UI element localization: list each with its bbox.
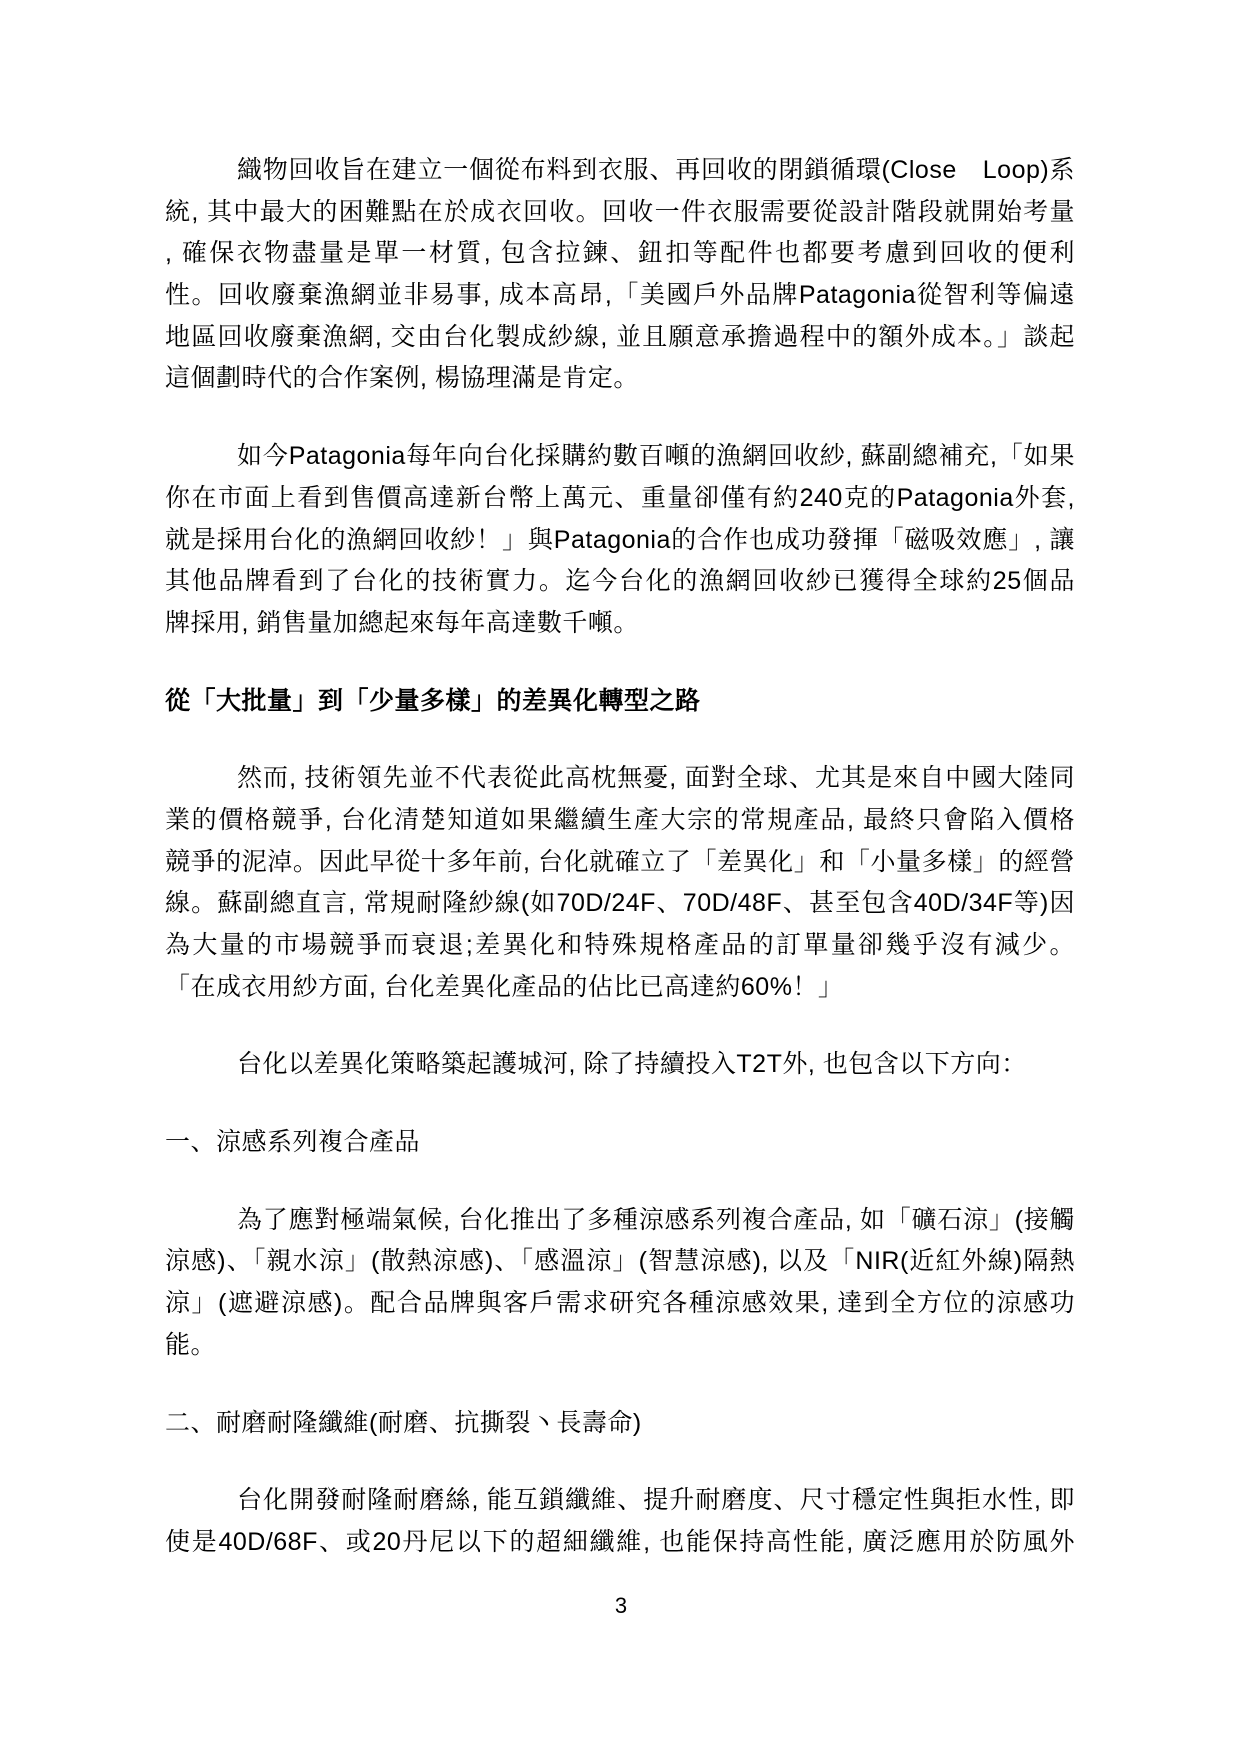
text-line: 為了應對極端氣候, 台化推出了多種涼感系列複合產品, 如「礦石涼」(接觸 [165,1200,1075,1242]
text-line: 如今Patagonia每年向台化採購約數百噸的漁網回收紗, 蘇副總補充,「如果 [165,436,1075,478]
text-line: 為大量的市場競爭而衰退;差異化和特殊規格產品的訂單量卻幾乎沒有減少。 [165,925,1075,967]
text-line: 線。蘇副總直言, 常規耐隆紗線(如70D/24F、70D/48F、甚至包含40D… [165,883,1075,925]
paragraph: 如今Patagonia每年向台化採購約數百噸的漁網回收紗, 蘇副總補充,「如果你… [165,436,1075,644]
paragraph: 然而, 技術領先並不代表從此高枕無憂, 面對全球、尤其是來自中國大陸同業的價格競… [165,758,1075,1008]
paragraph: 台化開發耐隆耐磨絲, 能互鎖纖維、提升耐磨度、尺寸穩定性與拒水性, 即使是40D… [165,1480,1075,1563]
text-line: 其他品牌看到了台化的技術實力。迄今台化的漁網回收紗已獲得全球約25個品 [165,561,1075,603]
paragraph: 台化以差異化策略築起護城河, 除了持續投入T2T外, 也包含以下方向： [165,1044,1075,1086]
text-line: 競爭的泥淖。因此早從十多年前, 台化就確立了「差異化」和「小量多樣」的經營路 [165,842,1075,884]
text-line: 然而, 技術領先並不代表從此高枕無憂, 面對全球、尤其是來自中國大陸同 [165,758,1075,800]
text-line: 涼」(遮避涼感)。配合品牌與客戶需求研究各種涼感效果, 達到全方位的涼感功 [165,1283,1075,1325]
heading-text: 一、涼感系列複合產品 [165,1122,1075,1164]
heading-text: 從「大批量」到「少量多樣」的差異化轉型之路 [165,681,1075,723]
heading-text: 二、耐磨耐隆纖維(耐磨、抗撕裂丶長壽命) [165,1403,1075,1445]
text-line: 統, 其中最大的困難點在於成衣回收。回收一件衣服需要從設計階段就開始考量 [165,192,1075,234]
section-heading: 從「大批量」到「少量多樣」的差異化轉型之路 [165,681,1075,723]
section-heading: 一、涼感系列複合產品 [165,1122,1075,1164]
text-line: 性。回收廢棄漁網並非易事, 成本高昂,「美國戶外品牌Patagonia從智利等偏… [165,275,1075,317]
text-line: 你在市面上看到售價高達新台幣上萬元、重量卻僅有約240克的Patagonia外套… [165,478,1075,520]
text-line: 台化以差異化策略築起護城河, 除了持續投入T2T外, 也包含以下方向： [165,1044,1075,1086]
text-line: 業的價格競爭, 台化清楚知道如果繼續生產大宗的常規產品, 最終只會陷入價格 [165,800,1075,842]
text-line: 使是40D/68F、或20丹尼以下的超細纖維, 也能保持高性能, 廣泛應用於防風… [165,1522,1075,1564]
paragraph: 為了應對極端氣候, 台化推出了多種涼感系列複合產品, 如「礦石涼」(接觸涼感)、… [165,1200,1075,1367]
document-body: 織物回收旨在建立一個從布料到衣服、再回收的閉鎖循環(Close Loop)系統,… [165,150,1075,1600]
paragraph: 織物回收旨在建立一個從布料到衣服、再回收的閉鎖循環(Close Loop)系統,… [165,150,1075,400]
text-line: 涼感)、「親水涼」(散熱涼感)、「感溫涼」(智慧涼感), 以及「NIR(近紅外線… [165,1241,1075,1283]
section-heading: 二、耐磨耐隆纖維(耐磨、抗撕裂丶長壽命) [165,1403,1075,1445]
text-line: 這個劃時代的合作案例, 楊協理滿是肯定。 [165,358,1075,400]
text-line: 織物回收旨在建立一個從布料到衣服、再回收的閉鎖循環(Close Loop)系 [165,150,1075,192]
text-line: , 確保衣物盡量是單一材質, 包含拉鍊、鈕扣等配件也都要考慮到回收的便利 [165,233,1075,275]
text-line: 能。 [165,1325,1075,1367]
document-page: 織物回收旨在建立一個從布料到衣服、再回收的閉鎖循環(Close Loop)系統,… [0,0,1242,1755]
text-line: 就是採用台化的漁網回收紗！」與Patagonia的合作也成功發揮「磁吸效應」, … [165,520,1075,562]
text-line: 地區回收廢棄漁網, 交由台化製成紗線, 並且願意承擔過程中的額外成本。」談起 [165,317,1075,359]
text-line: 牌採用, 銷售量加總起來每年高達數千噸。 [165,603,1075,645]
page-number: 3 [0,1593,1242,1619]
text-line: 台化開發耐隆耐磨絲, 能互鎖纖維、提升耐磨度、尺寸穩定性與拒水性, 即 [165,1480,1075,1522]
text-line: 「在成衣用紗方面, 台化差異化產品的佔比已高達約60%！」 [165,967,1075,1009]
